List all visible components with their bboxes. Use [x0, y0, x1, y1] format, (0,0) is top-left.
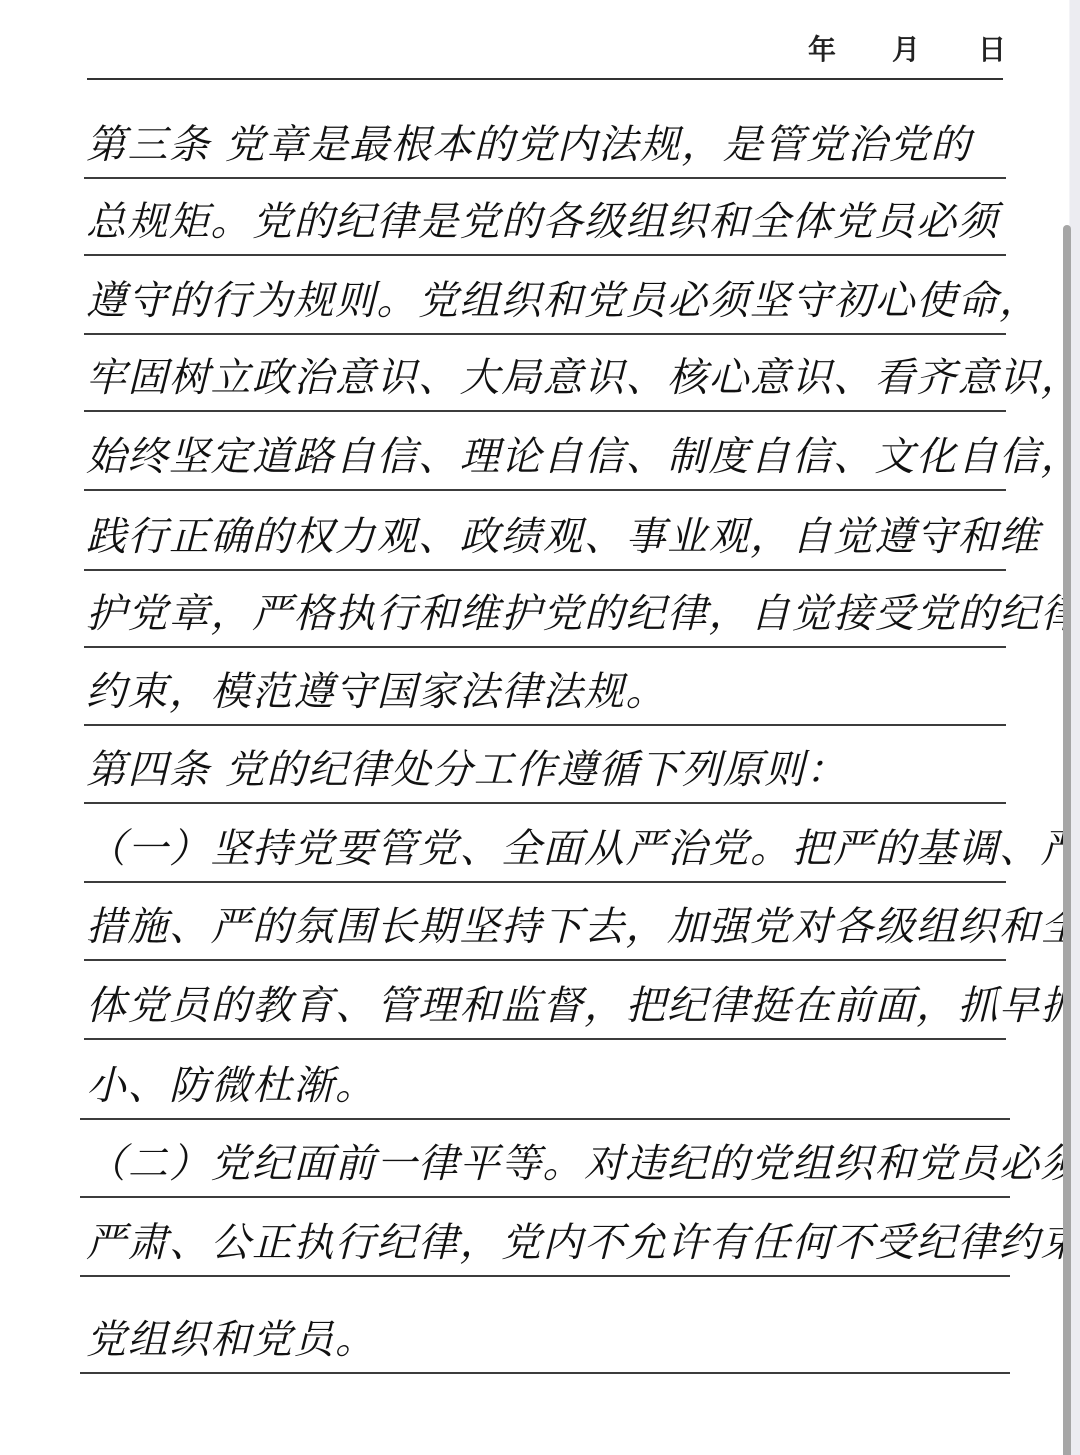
ruled-line: [84, 333, 1006, 335]
text-row-11: 措施、严的氛围长期坚持下去，加强党对各级组织和全: [86, 897, 1016, 957]
text-row-9: 第四条 党的纪律处分工作遵循下列原则：: [86, 740, 1016, 800]
text-row-5: 始终坚定道路自信、理论自信、制度自信、文化自信，切实: [86, 427, 1016, 487]
ruled-line: [84, 569, 1006, 571]
text-row-1: 第三条 党章是最根本的党内法规，是管党治党的: [86, 115, 1016, 175]
text-row-7: 护党章，严格执行和维护党的纪律，自觉接受党的纪律: [86, 584, 1016, 644]
ruled-line: [84, 802, 1006, 804]
ruled-line: [84, 177, 1006, 179]
ruled-lines: 第三条 党章是最根本的党内法规，是管党治党的 总规矩。党的纪律是党的各级组织和全…: [0, 0, 1062, 1455]
text-row-2: 总规矩。党的纪律是党的各级组织和全体党员必须: [86, 192, 1016, 252]
ruled-line: [84, 1038, 1006, 1040]
text-row-12: 体党员的教育、管理和监督，把纪律挺在前面，抓早抓: [86, 976, 1016, 1036]
text-row-6: 践行正确的权力观、政绩观、事业观，自觉遵守和维: [86, 507, 1016, 567]
text-row-10: （一）坚持党要管党、全面从严治党。把严的基调、严的: [86, 819, 1016, 879]
text-row-13: 小、防微杜渐。: [86, 1056, 1016, 1116]
scrollbar-thumb[interactable]: [1063, 225, 1071, 1455]
ruled-line: [84, 646, 1006, 648]
ruled-line: [84, 410, 1006, 412]
text-row-4: 牢固树立政治意识、大局意识、核心意识、看齐意识，: [86, 348, 1016, 408]
ruled-line: [84, 959, 1006, 961]
text-row-14: （二）党纪面前一律平等。对违纪的党组织和党员必须: [86, 1134, 1016, 1194]
ruled-line: [84, 724, 1006, 726]
ruled-line: [80, 1196, 1010, 1198]
ruled-line: [84, 489, 1006, 491]
ruled-line: [80, 1118, 1010, 1120]
notebook-page: 年 月 日 第三条 党章是最根本的党内法规，是管党治党的 总规矩。党的纪律是党的…: [0, 0, 1062, 1455]
text-row-8: 约束，模范遵守国家法律法规。: [86, 662, 1016, 722]
ruled-line: [80, 1275, 1010, 1277]
text-row-16: 党组织和党员。: [86, 1310, 1016, 1370]
text-row-3: 遵守的行为规则。党组织和党员必须坚守初心使命，: [86, 271, 1016, 331]
ruled-line: [84, 254, 1006, 256]
text-row-15: 严肃、公正执行纪律，党内不允许有任何不受纪律约束的: [86, 1213, 1016, 1273]
ruled-line: [80, 1372, 1010, 1374]
ruled-line: [84, 881, 1006, 883]
